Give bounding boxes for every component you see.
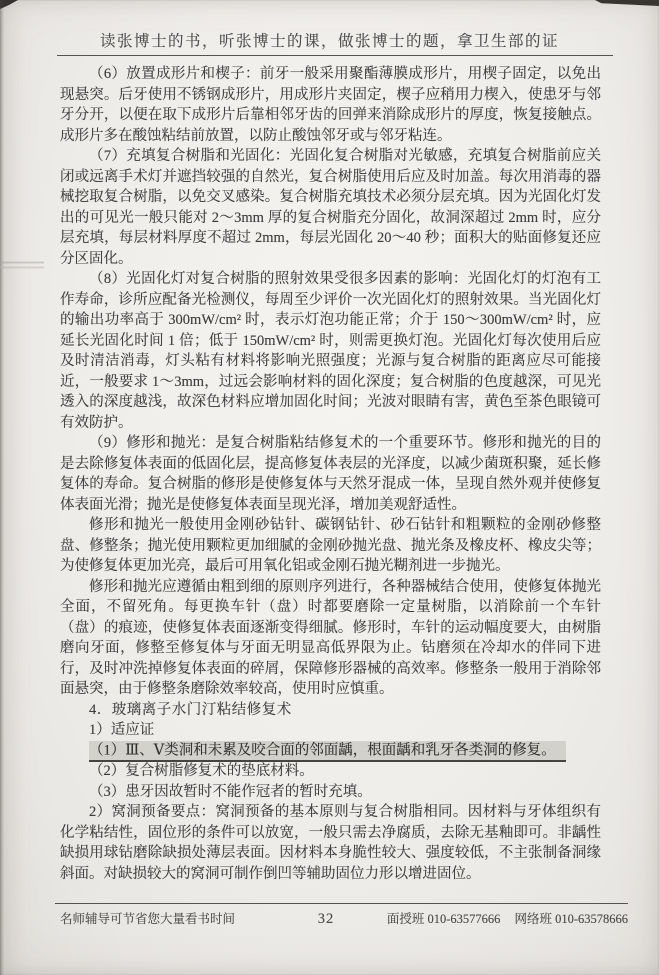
header-slogan: 读张博士的书，听张博士的课，做张博士的题，拿卫生部的证 (0, 29, 659, 51)
scan-artifact-left-edge (0, 0, 4, 975)
footer-rule (55, 903, 628, 904)
paragraph: （1）Ⅲ、Ⅴ类洞和未累及咬合面的邻面龋，根面龋和乳牙各类洞的修复。 (60, 741, 601, 762)
paragraph: 修形和抛光应遵循由粗到细的原则序列进行，各种器械结合使用，使修复体抛光全面，不留… (60, 577, 601, 700)
footer: 名师辅导可节省您大量看书时间 32 面授班 010-63577666 网络班 0… (60, 909, 628, 928)
paragraph: （8）光固化灯对复合树脂的照射效果受很多因素的影响：光固化灯的灯泡有工作寿命，诊… (60, 269, 601, 433)
paragraph: （3）患牙因故暂时不能作冠者的暂时充填。 (60, 782, 601, 803)
footer-contacts: 面授班 010-63577666 网络班 010-63578666 (387, 909, 628, 927)
paragraph: （7）充填复合树脂和光固化：光固化复合树脂对光敏感，充填复合树脂前应关闭或远离手… (60, 146, 601, 269)
page-number: 32 (318, 911, 335, 928)
paragraph: 2）窝洞预备要点：窝洞预备的基本原则与复合树脂相同。因材料与牙体组织有化学粘结性… (60, 802, 601, 884)
highlighted-text: （1）Ⅲ、Ⅴ类洞和未累及咬合面的邻面龋，根面龋和乳牙各类洞的修复。 (89, 741, 566, 762)
footer-contact-onsite: 面授班 010-63577666 (387, 909, 501, 927)
footer-contact-online: 网络班 010-63578666 (514, 909, 628, 927)
body-text: （6）放置成形片和楔子：前牙一般采用聚酯薄膜成形片，用楔子固定，以免出现悬突。后… (60, 64, 601, 884)
header-rule (57, 55, 613, 56)
footer-left-slogan: 名师辅导可节省您大量看书时间 (60, 909, 235, 927)
scanned-page: 读张博士的书，听张博士的课，做张博士的题，拿卫生部的证 （6）放置成形片和楔子：… (0, 0, 659, 975)
scan-artifact-corner-top-right (595, 0, 659, 6)
paragraph: （6）放置成形片和楔子：前牙一般采用聚酯薄膜成形片，用楔子固定，以免出现悬突。后… (60, 64, 601, 146)
paragraph: 1）适应证 (60, 720, 601, 741)
paragraph: 修形和抛光一般使用金刚砂钻针、碳钢钻针、砂石钻针和粗颗粒的金刚砂修整盘、修整条；… (60, 515, 601, 577)
paragraph: （2）复合树脂修复术的垫底材料。 (60, 761, 601, 782)
paragraph: （9）修形和抛光：是复合树脂粘结修复术的一个重要环节。修形和抛光的目的是去除修复… (60, 433, 601, 515)
section-heading: 4．玻璃离子水门汀粘结修复术 (60, 700, 601, 721)
scan-smudge (0, 258, 44, 270)
